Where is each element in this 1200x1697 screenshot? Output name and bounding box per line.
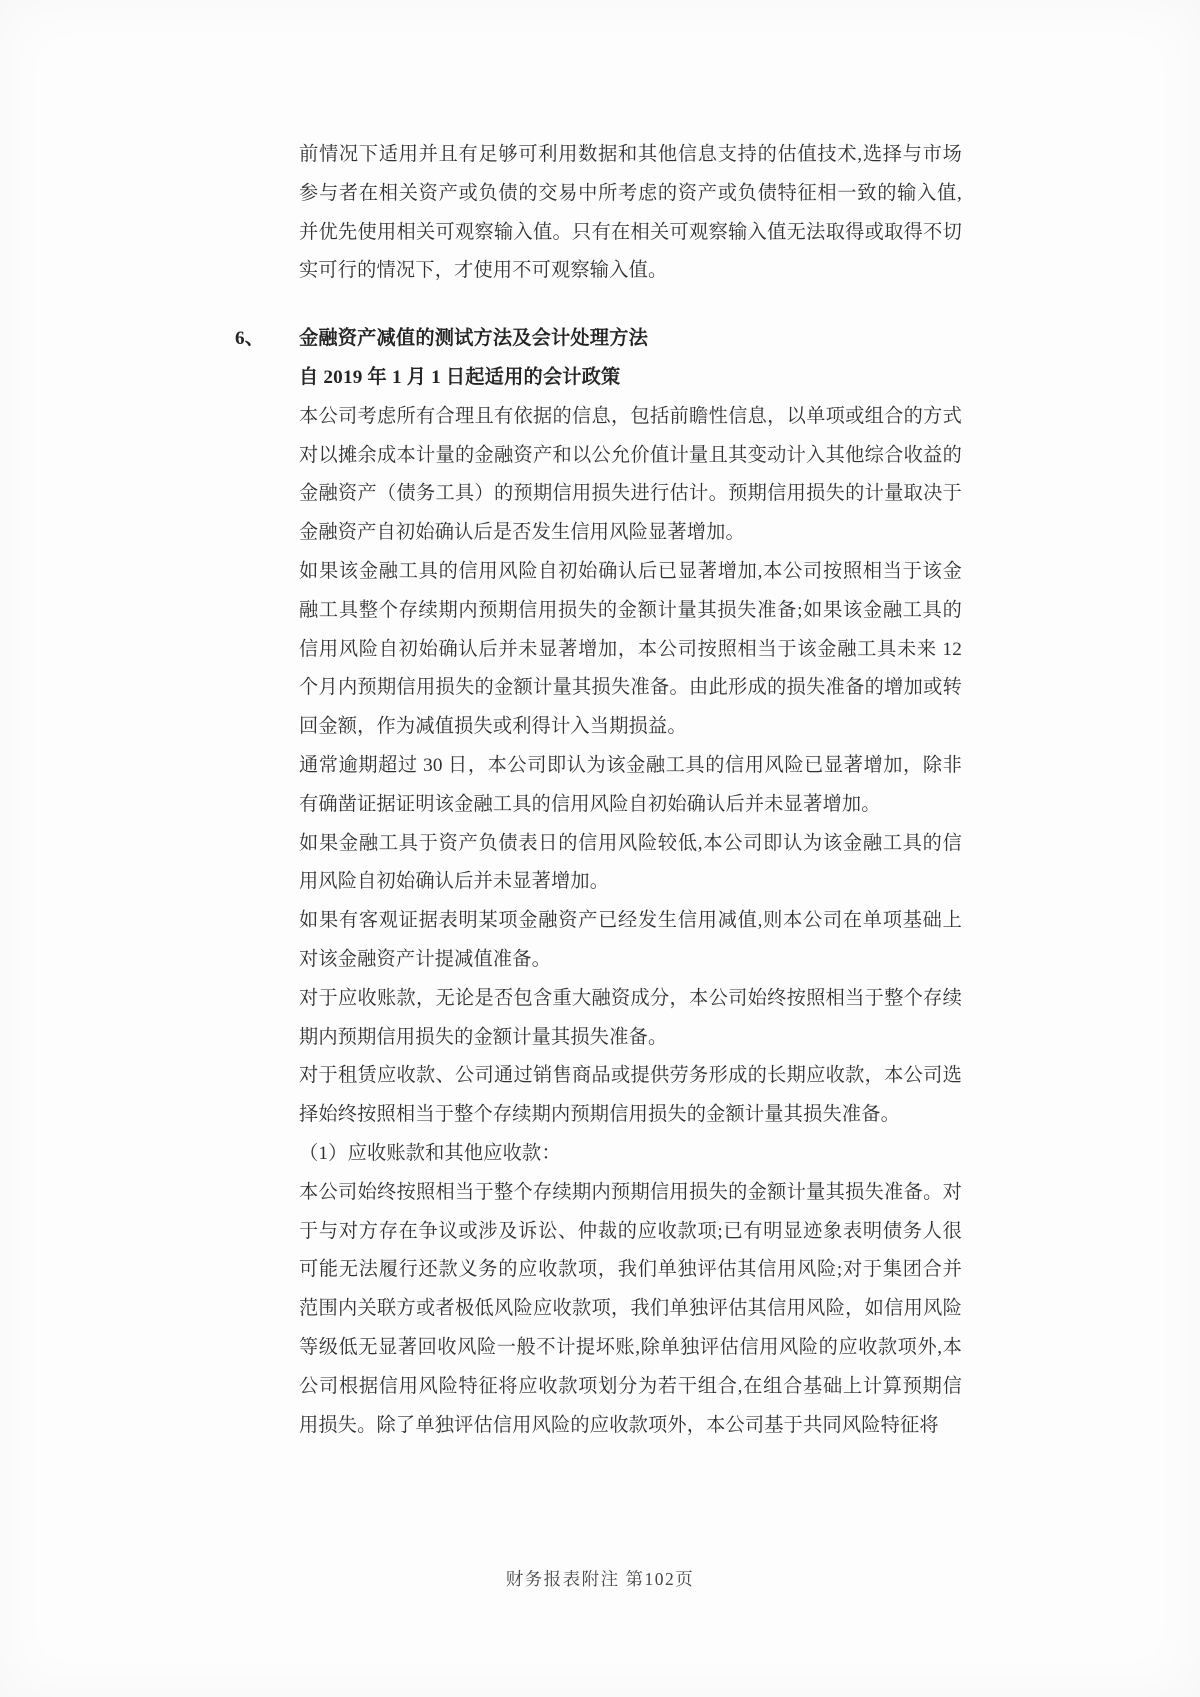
body-paragraph: 对于应收账款，无论是否包含重大融资成分，本公司始终按照相当于整个存续期内预期信用…	[299, 980, 962, 1058]
section-title: 金融资产减值的测试方法及会计处理方法	[299, 328, 648, 349]
body-paragraph: （1）应收账款和其他应收款：	[299, 1135, 962, 1174]
body-paragraph: 本公司始终按照相当于整个存续期内预期信用损失的金额计量其损失准备。对于与对方存在…	[299, 1174, 962, 1446]
page-footer: 财务报表附注 第102页	[0, 1566, 1200, 1591]
document-page: 前情况下适用并且有足够可利用数据和其他信息支持的估值技术,选择与市场参与者在相关…	[0, 0, 1200, 1697]
body-paragraph: 通常逾期超过 30 日，本公司即认为该金融工具的信用风险已显著增加，除非有确凿证…	[299, 747, 962, 825]
body-paragraph: 如果金融工具于资产负债表日的信用风险较低,本公司即认为该金融工具的信用风险自初始…	[299, 825, 962, 903]
body-paragraph: 对于租赁应收款、公司通过销售商品或提供劳务形成的长期应收款，本公司选择始终按照相…	[299, 1057, 962, 1135]
section-number: 6、	[235, 320, 264, 359]
body-paragraph: 如果该金融工具的信用风险自初始确认后已显著增加,本公司按照相当于该金融工具整个存…	[299, 553, 962, 747]
section-subtitle: 自 2019 年 1 月 1 日起适用的会计政策	[299, 359, 962, 398]
text-column: 前情况下适用并且有足够可利用数据和其他信息支持的估值技术,选择与市场参与者在相关…	[299, 136, 962, 1445]
body-paragraph: 本公司考虑所有合理且有依据的信息，包括前瞻性信息，以单项或组合的方式对以摊余成本…	[299, 398, 962, 553]
continuation-paragraph: 前情况下适用并且有足够可利用数据和其他信息支持的估值技术,选择与市场参与者在相关…	[299, 136, 962, 291]
section-heading: 6、 金融资产减值的测试方法及会计处理方法	[299, 320, 962, 359]
body-paragraph: 如果有客观证据表明某项金融资产已经发生信用减值,则本公司在单项基础上对该金融资产…	[299, 902, 962, 980]
